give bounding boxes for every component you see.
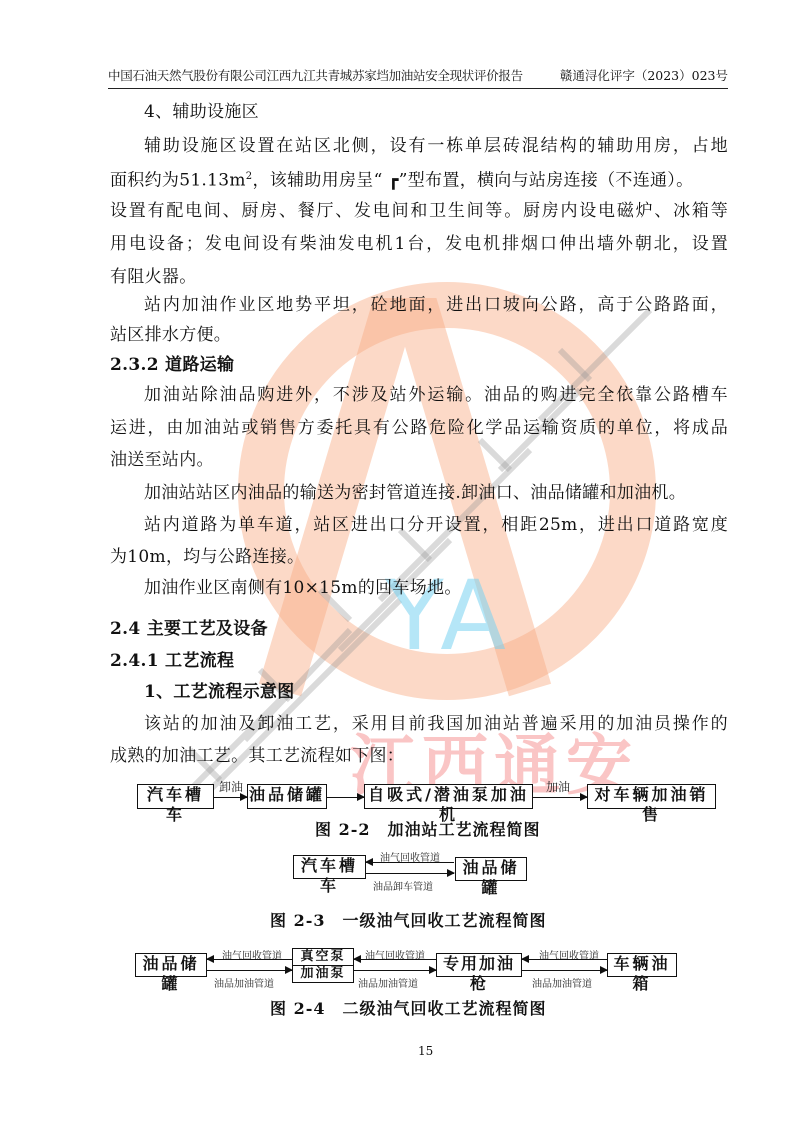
flow-box-dispenser: 自吸式/潜油泵加油机 — [364, 784, 533, 809]
paragraph-line: 加油作业区南侧有10×15m的回车场地。 — [144, 577, 462, 599]
paragraph-line: 有阻火器。 — [110, 266, 197, 288]
header-report-number: 赣通浔化评字（2023）023号 — [560, 66, 728, 86]
paragraph-line: 面积约为51.13m2，该辅助用房呈“ ┏”型布置，横向与站房连接（不连通）。 — [110, 166, 693, 192]
paragraph-line: 运进，由加油站或销售方委托具有公路危险化学品运输资质的单位，将成品 — [110, 417, 728, 439]
arrow-right-icon — [327, 797, 364, 798]
paragraph-line: 成熟的加油工艺。其工艺流程如下图： — [110, 745, 404, 767]
pipe-label-unloading: 油品卸车管道 — [373, 878, 433, 893]
pipe-label-fueling: 油品加油管道 — [358, 975, 418, 990]
flow-box-tank-truck: 汽车槽车 — [293, 855, 366, 879]
paragraph-line: 为10m，均与公路连接。 — [110, 546, 304, 568]
flow-box-vacuum-pump: 真空泵 — [292, 948, 354, 966]
flow-box-oil-tank: 油品储罐 — [135, 953, 207, 977]
arrow-left-icon — [207, 959, 292, 960]
section-heading-2-4-1: 2.4.1 工艺流程 — [110, 650, 234, 672]
figure-caption: 图 2-4 二级油气回收工艺流程简图 — [270, 996, 546, 1019]
arrow-left-icon — [522, 959, 607, 960]
paragraph-line: 加油站站区内油品的输送为密封管道连接.卸油口、油品储罐和加油机。 — [144, 482, 686, 504]
section-heading-2-4: 2.4 主要工艺及设备 — [110, 618, 268, 640]
arrow-left-icon — [354, 959, 436, 960]
flow-box-nozzle: 专用加油枪 — [436, 953, 522, 977]
flow-box-vehicle-sales: 对车辆加油销售 — [587, 784, 716, 809]
figure-caption: 图 2-3 一级油气回收工艺流程简图 — [270, 908, 546, 931]
flow-box-vehicle-tank: 车辆油箱 — [607, 953, 677, 977]
flow-box-oil-tank: 油品储罐 — [455, 857, 527, 881]
section-heading-2-3-2: 2.3.2 道路运输 — [110, 354, 234, 376]
paragraph-line: 辅助设施区设置在站区北侧，设有一栋单层砖混结构的辅助用房，占地 — [144, 135, 728, 157]
arrow-right-icon — [214, 797, 247, 798]
arrow-right-icon — [366, 873, 454, 874]
section-title-aux-facilities: 4、辅助设施区 — [144, 101, 259, 123]
flow-box-tank-truck: 汽车槽车 — [137, 784, 214, 809]
page-number: 15 — [418, 1044, 433, 1058]
paragraph-line: 加油站除油品购进外，不涉及站外运输。油品的购进完全依靠公路槽车 — [144, 384, 728, 406]
pipe-label-fueling: 油品加油管道 — [214, 975, 274, 990]
area-value: 面积约为51.13m — [110, 171, 246, 191]
paragraph-line: 用电设备；发电间设有柴油发电机1台，发电机排烟口伸出墙外朝北，设置 — [110, 233, 728, 255]
arrow-right-icon — [522, 970, 607, 971]
subsection-title: 1、工艺流程示意图 — [144, 681, 295, 703]
document-page: 中国石油天然气股份有限公司江西九江共青城苏家垱加油站安全现状评价报告 赣通浔化评… — [0, 0, 800, 1131]
paragraph-line: 油送至站内。 — [110, 449, 214, 471]
paragraph-line-rest: ，该辅助用房呈“ ┏”型布置，横向与站房连接（不连通）。 — [252, 171, 693, 191]
paragraph-line: 站内道路为单车道，站区进出口分开设置，相距25m，进出口道路宽度 — [144, 514, 728, 536]
arrow-right-icon — [354, 970, 436, 971]
arrow-label-refuel: 加油 — [546, 778, 570, 795]
paragraph-line: 站内加油作业区地势平坦，砼地面，进出口坡向公路，高于公路路面， — [144, 294, 728, 316]
arrow-right-icon — [207, 970, 292, 971]
paragraph-line: 设置有配电间、厨房、餐厅、发电间和卫生间等。厨房内设电磁炉、冰箱等 — [110, 200, 728, 222]
paragraph-line: 该站的加油及卸油工艺，采用目前我国加油站普遍采用的加油员操作的 — [144, 713, 728, 735]
arrow-right-icon — [533, 797, 587, 798]
header-report-title: 中国石油天然气股份有限公司江西九江共青城苏家垱加油站安全现状评价报告 — [108, 66, 523, 86]
paragraph-line: 站区排水方便。 — [110, 324, 231, 346]
arrow-left-icon — [366, 862, 454, 863]
flow-box-oil-tank: 油品储罐 — [247, 784, 327, 809]
flow-box-fuel-pump: 加油泵 — [292, 965, 354, 983]
figure-caption: 图 2-2 加油站工艺流程简图 — [315, 817, 540, 840]
page-header: 中国石油天然气股份有限公司江西九江共青城苏家垱加油站安全现状评价报告 赣通浔化评… — [108, 66, 728, 89]
pipe-label-fueling: 油品加油管道 — [532, 975, 592, 990]
